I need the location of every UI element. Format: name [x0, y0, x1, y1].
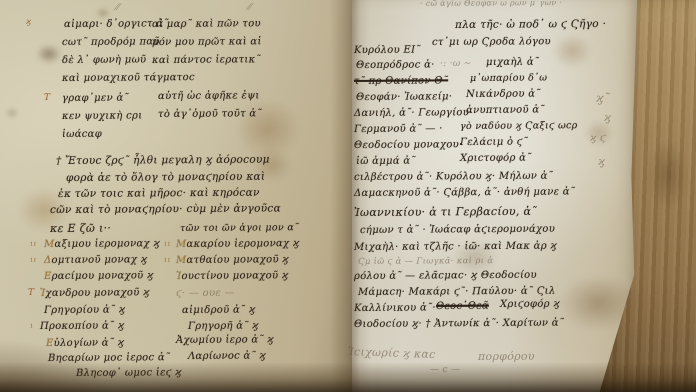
margin-mark: ιι	[164, 256, 171, 264]
manuscript-line: γὸ ναδύου ϗ Ϛαξιϛ ωϲρ	[460, 121, 578, 131]
manuscript-line: Θεοφάν· Ἰωακείμ·	[356, 92, 452, 103]
manuscript-line: ·: ·ω ~	[440, 60, 472, 69]
manuscript-line: Θεοδοϲίου μοναχου·	[354, 140, 463, 151]
manuscript-line: τὸ ἁγ᾿ὁμοῦ τοῦτ ἀ῀	[158, 109, 262, 120]
manuscript-line: αἰμιδροῦ ἀ῀ ϗ	[182, 305, 255, 316]
manuscript-line: † Ἔτουϲ ζρϛ῀ ἦλθι μεγαλη ϗ ἀόροϲουμ	[56, 155, 270, 167]
manuscript-line: ϲῶν καὶ τὸ μοναϛηρίου· ϲὺμ μὲν ἀνγοῦϲα	[50, 203, 281, 215]
manuscript-line: Θεοπρόδροϲ ἀ·	[356, 60, 435, 71]
manuscript-line: Ἰουϲτίνου μοναχοῦ ϗ	[176, 271, 288, 282]
manuscript-line: πλα τῆϲ· ὡ ποδ᾿ ω ϛ Ϛῆγο ·	[455, 19, 606, 31]
manuscript-line: ϲωτ῀ προδρόμ παῦ	[62, 37, 160, 48]
manuscript-line: ἰωάϲαφ	[62, 130, 102, 140]
manuscript-line: Ἀχωμίου ἱερο ἀ῀ ϗ	[176, 335, 274, 346]
margin-mark: ⁄⁄	[116, 4, 120, 13]
manuscript-line: μιχαὴλ ἀ῀	[486, 58, 539, 68]
manuscript-line: ϲτ᾿μι ωρ Ϛροδα λόγου	[432, 37, 551, 48]
manuscript-line: Ἰχανδρου μοναχοῦ ϗ	[40, 288, 150, 299]
manuscript-line: Μάμαϲη· Μακάρι ϛ῀· Παύλου· ἀ῀ Ϛιλ	[358, 287, 556, 298]
margin-mark: ιι	[30, 256, 37, 264]
margin-mark: ιι	[164, 240, 171, 248]
manuscript-line: Μιχαὴλ· καὶ τζλῆϲ · ἰῶ· καὶ Μακ ἀρ ϗ	[354, 242, 557, 253]
margin-mark: Τ	[28, 289, 34, 298]
manuscript-line: ἐκ τῶν τοιϲ καὶ μῆροϲ· καὶ κηρόϲαν	[58, 188, 260, 200]
manuscript-line: γραφ᾿μεν ἀ῀	[62, 94, 129, 104]
manuscript-line: Κυρόλου ΕΙ῀	[354, 46, 421, 56]
manuscript-line: Ἰϲιχωρίϲ ϗ καϲ	[348, 346, 436, 360]
manuscript-line: Καλλίνικου ἀ῀·	[354, 303, 436, 314]
manuscript-line: καὶ μοναχικοῦ τάγματοϲ	[62, 73, 195, 84]
manuscript-line: Εραϲίμου μοναχοῦ ϗ	[44, 271, 154, 282]
manuscript-line: ϛ· — ουε —	[176, 289, 235, 299]
manuscript-line: Νικάνδρου ἀ῀	[466, 89, 541, 100]
manuscript-line: κεν ψυχικὴ ϲρι	[62, 111, 142, 122]
manuscript-line: Γελάϲιμ ὁ ϛ῀	[460, 138, 528, 148]
manuscript-line: Μακαρίου ἱερομοναχ ϗ	[176, 239, 299, 250]
manuscript-photo: ϗ⁄⁄⁄⁄αἰμαρι· δ᾿οργιϲτ ἀ῀αἱ μαρ῀ καὶ πῶν …	[0, 0, 696, 392]
flourish: ϗ῀	[596, 92, 610, 104]
manuscript-line: Δαμαϲκηνοῦ ἀ῀· Ϛάββα, ἀ῀· ἀνθή μανε ἀ῀	[354, 187, 575, 199]
manuscript-line: πορφόρου	[478, 351, 535, 362]
manuscript-line: τ῀ πρ Θανίπον Θ῀	[354, 76, 448, 87]
manuscript-line: Δομτιανοῦ μοναχ ϗ	[44, 255, 147, 266]
manuscript-line: τῶν τοι ῶν ἁγοι μον α῀	[180, 223, 299, 233]
bottom-edge-shadow	[0, 362, 696, 392]
manuscript-line: Ματθαίου μοναχοῦ ϗ	[176, 255, 289, 266]
manuscript-line: Λαρίωνοϲ ἀ῀ ϗ	[188, 351, 266, 362]
manuscript-line: Θεοϲ᾿Θεᾶ	[436, 302, 489, 312]
flourish: ϗ	[598, 156, 605, 167]
manuscript-line: Θιοδοϲίου ϗ· † Ἀντωνίκ ἀ῀· Χαρίτων ἀ῀	[354, 319, 564, 330]
manuscript-line: καὶ πάντοϲ ἱερατικ῀	[152, 55, 261, 66]
margin-mark: ⁄⁄	[248, 4, 252, 13]
manuscript-line: Χριϛοφόρ ϗ	[500, 300, 560, 310]
margin-mark: Τ	[44, 94, 50, 103]
manuscript-line: ἰῶ ἀμμά ἀ῀	[356, 157, 416, 167]
manuscript-line: κε Ε ζῶ ι··	[50, 223, 111, 234]
margin-mark: ϗ	[26, 18, 31, 26]
manuscript-line: ἀνυπτιανοῦ ἀ῀	[466, 105, 545, 116]
manuscript-line: μ᾿ωπαρίου δ᾿ω	[470, 73, 547, 83]
manuscript-line: αἱ μαρ῀ καὶ πῶν του	[152, 19, 261, 30]
manuscript-line: αὐτῆ ὡϲ ἀφῆκε ἐψι	[158, 91, 260, 102]
manuscript-line: φορὰ ἀε τὸ ὅλογ τὸ μοναϛηρίου καὶ	[66, 172, 265, 184]
page-header: · ϲῶ ἁγίω Θεοφαν ω ρων μ᾿γων ·	[420, 0, 562, 8]
flourish: ϗ	[604, 112, 611, 123]
manuscript-line: ρόλου ἀ῀ — ελᾶϲμαϲ· ϗ Θεοδοϲίου	[354, 271, 537, 282]
manuscript-line: Δανιήλ, ἀ῀· Γεωργίου·	[354, 108, 473, 119]
manuscript-line: Ϛμ ἰῶ ϛ ἀ — Γιωγκᾶ· καὶ ρι ἀ	[358, 257, 493, 266]
manuscript-line: μόν μου πρῶτ καὶ αἱ	[152, 37, 262, 48]
flourish: ϗ ϛ	[590, 134, 606, 144]
margin-mark: ιι	[30, 240, 37, 248]
manuscript-line: Μαξιμου ἱερομοναχ ϗ	[44, 239, 160, 250]
manuscript-line: Ἰωαννικίου· ἀ τι Γερβαϲίου, ἀ῀	[354, 206, 537, 218]
manuscript-line: ϲιλβέϲτρου ἀ῀· Κυρόλου ϗ· Μήλων ἀ῀	[354, 172, 553, 183]
manuscript-line: Γερμανοῦ ἀ῀ — ·	[354, 124, 443, 135]
manuscript-line: Γρηγορῆ ἀ῀ ϗ	[188, 322, 259, 332]
manuscript-line: Χριϲτοφόρ ἀ῀	[460, 154, 532, 164]
manuscript-line: δὲ λ᾿ φωνὴ μωῦ	[62, 55, 146, 66]
manuscript-line: ϲήμων τ ἀ῀ · Ἰωάϲαφ ἁϛιερομονάχου	[360, 225, 555, 236]
